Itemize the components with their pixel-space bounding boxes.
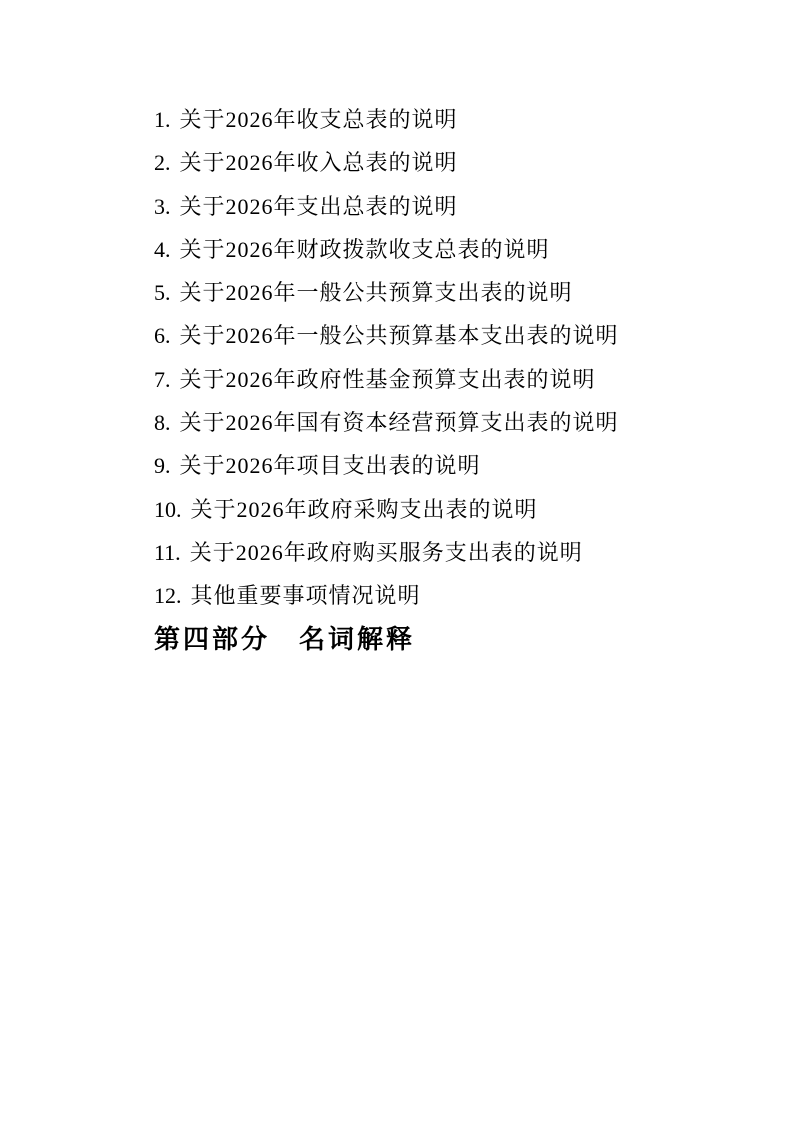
- toc-item-label: 关于2026年一般公共预算基本支出表的说明: [180, 323, 619, 348]
- toc-item-label: 关于2026年收入总表的说明: [180, 150, 458, 175]
- toc-item-label: 关于2026年政府采购支出表的说明: [191, 497, 538, 522]
- toc-item-number: 11.: [154, 531, 181, 574]
- toc-item-number: 5.: [154, 271, 171, 314]
- toc-item-label: 关于2026年财政拨款收支总表的说明: [180, 237, 550, 262]
- toc-item-number: 7.: [154, 358, 171, 401]
- toc-item: 8.关于2026年国有资本经营预算支出表的说明: [154, 401, 733, 444]
- toc-item-number: 1.: [154, 98, 171, 141]
- toc-item-label: 关于2026年一般公共预算支出表的说明: [180, 280, 573, 305]
- toc-item: 7.关于2026年政府性基金预算支出表的说明: [154, 358, 733, 401]
- document-page: 1.关于2026年收支总表的说明 2.关于2026年收入总表的说明 3.关于20…: [0, 0, 793, 1122]
- toc-item-number: 9.: [154, 444, 171, 487]
- toc-item-label: 关于2026年支出总表的说明: [180, 194, 458, 219]
- toc-item-number: 6.: [154, 314, 171, 357]
- toc-item-label: 关于2026年政府性基金预算支出表的说明: [180, 367, 596, 392]
- toc-item-label: 其他重要事项情况说明: [191, 583, 421, 608]
- toc-item: 9.关于2026年项目支出表的说明: [154, 444, 733, 487]
- toc-item: 10.关于2026年政府采购支出表的说明: [154, 488, 733, 531]
- toc-item-label: 关于2026年项目支出表的说明: [180, 453, 481, 478]
- toc-item-number: 8.: [154, 401, 171, 444]
- toc-item-number: 4.: [154, 228, 171, 271]
- toc-item: 2.关于2026年收入总表的说明: [154, 141, 733, 184]
- section-heading: 第四部分 名词解释: [154, 618, 733, 662]
- toc-item: 3.关于2026年支出总表的说明: [154, 185, 733, 228]
- toc-item-label: 关于2026年国有资本经营预算支出表的说明: [180, 410, 619, 435]
- toc-item-number: 3.: [154, 185, 171, 228]
- toc-item: 12.其他重要事项情况说明: [154, 574, 733, 617]
- toc-content: 1.关于2026年收支总表的说明 2.关于2026年收入总表的说明 3.关于20…: [154, 98, 733, 662]
- toc-item: 1.关于2026年收支总表的说明: [154, 98, 733, 141]
- toc-item-number: 12.: [154, 574, 182, 617]
- toc-item: 6.关于2026年一般公共预算基本支出表的说明: [154, 314, 733, 357]
- toc-item-number: 10.: [154, 488, 182, 531]
- toc-item: 4.关于2026年财政拨款收支总表的说明: [154, 228, 733, 271]
- toc-item: 5.关于2026年一般公共预算支出表的说明: [154, 271, 733, 314]
- toc-item-number: 2.: [154, 141, 171, 184]
- toc-item: 11.关于2026年政府购买服务支出表的说明: [154, 531, 733, 574]
- toc-item-label: 关于2026年收支总表的说明: [180, 107, 458, 132]
- toc-item-label: 关于2026年政府购买服务支出表的说明: [190, 540, 583, 565]
